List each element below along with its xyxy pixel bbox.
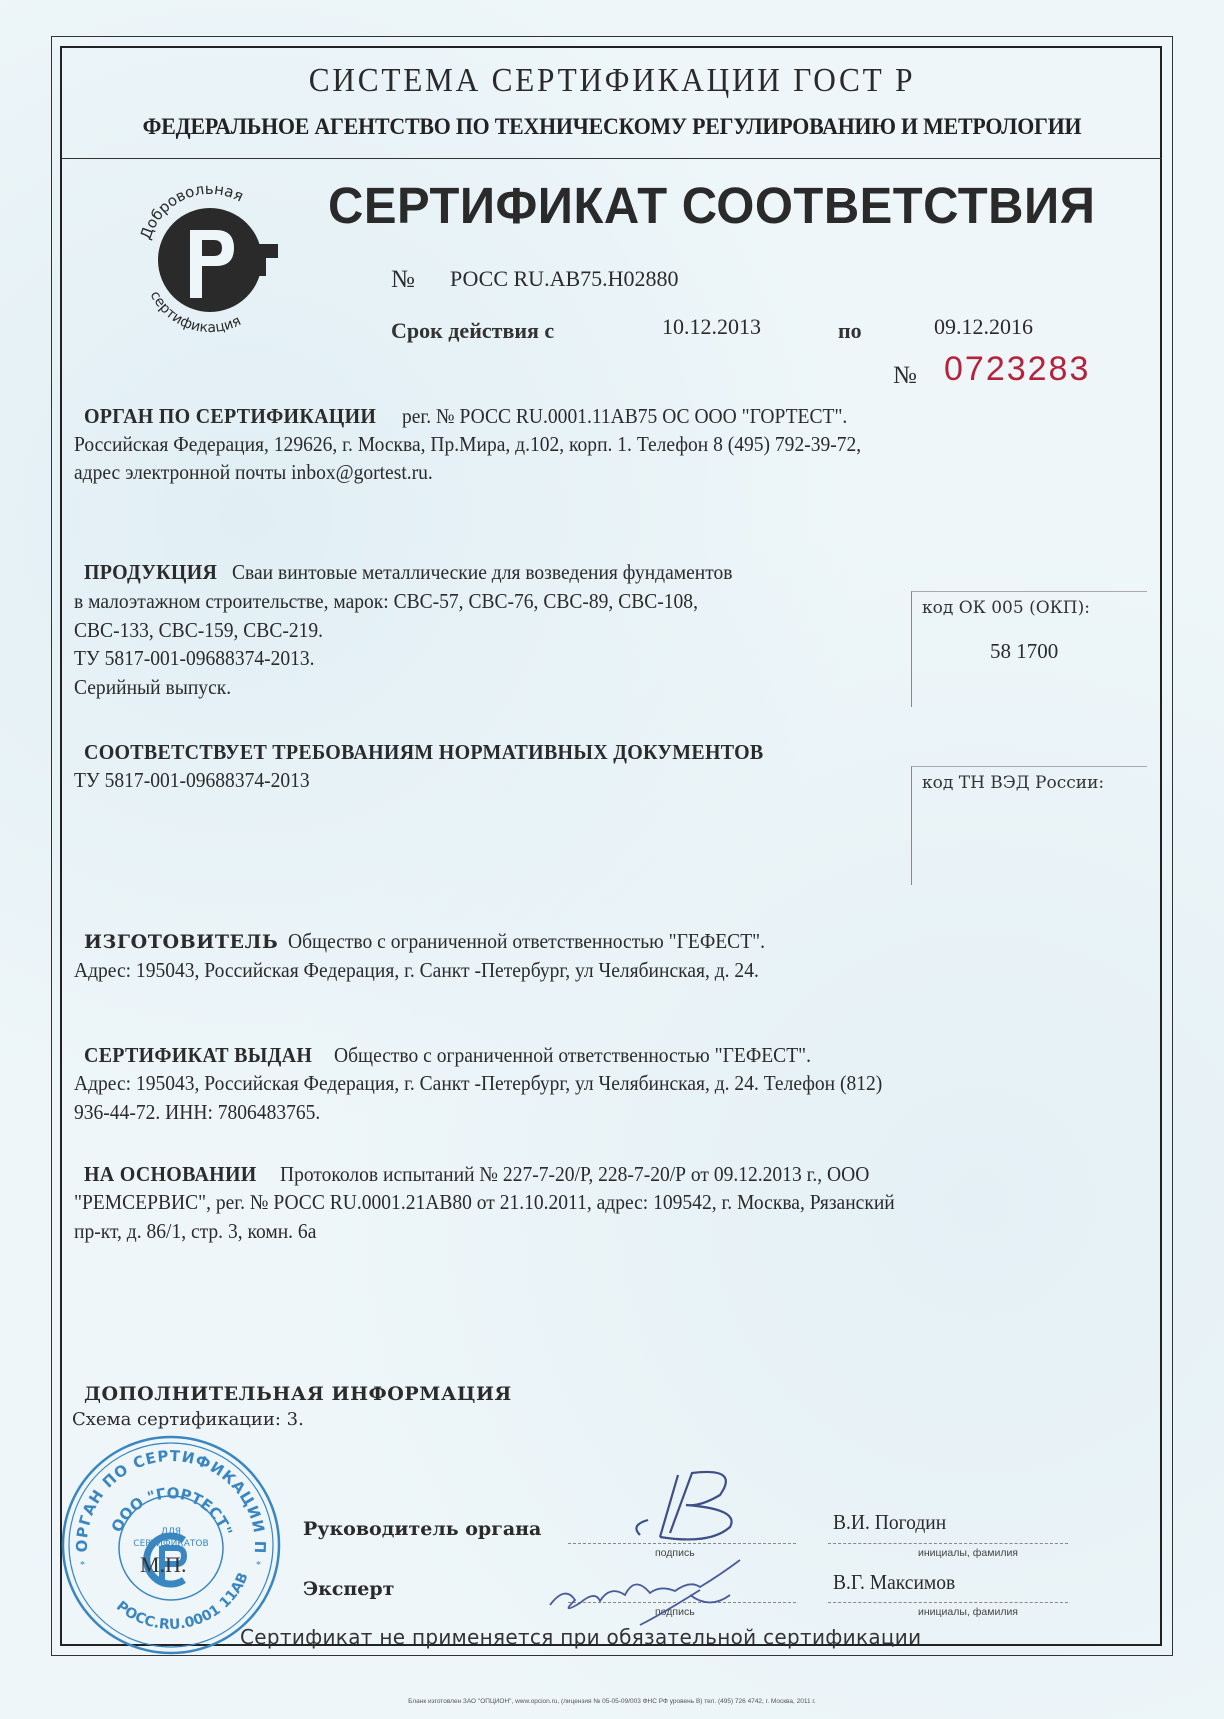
form-serial-number: 0723283 <box>944 350 1090 389</box>
compliance-document: ТУ 5817-001-09688374-2013 <box>74 768 310 793</box>
certification-body-reg: рег. № РОСС RU.0001.11АВ75 ОС ООО "ГОРТЕ… <box>402 404 847 429</box>
expert-name-hint: инициалы, фамилия <box>918 1606 1018 1618</box>
certification-scheme: Схема сертификации: 3. <box>72 1409 304 1430</box>
valid-to-date: 09.12.2016 <box>934 314 1033 340</box>
product-section: ПРОДУКЦИЯ Сваи винтовые металлические дл… <box>84 560 770 585</box>
product-line: Серийный выпуск. <box>74 675 231 700</box>
agency-name: ФЕДЕРАЛЬНОЕ АГЕНТСТВО ПО ТЕХНИЧЕСКОМУ РЕ… <box>43 114 1181 141</box>
certification-body-section: ОРГАН ПО СЕРТИФИКАЦИИ рег. № РОСС RU.000… <box>84 404 880 429</box>
expert-name-line <box>828 1602 1068 1603</box>
header-divider <box>60 158 1162 159</box>
issued-to-section: СЕРТИФИКАТ ВЫДАН Общество с ограниченной… <box>84 1043 847 1068</box>
svg-text:*: * <box>80 1560 85 1571</box>
issued-to-name: Общество с ограниченной ответственностью… <box>334 1043 811 1068</box>
svg-text:СЕРТИФИКАТОВ: СЕРТИФИКАТОВ <box>133 1539 208 1549</box>
manufacturer-heading: ИЗГОТОВИТЕЛЬ <box>84 931 278 953</box>
certification-body-email: адрес электронной почты inbox@gortest.ru… <box>74 460 433 485</box>
tnved-code-label: код ТН ВЭД России: <box>922 773 1104 793</box>
certificate-number: РОСС RU.АВ75.Н02880 <box>450 266 679 292</box>
basis-line: "РЕМСЕРВИС", рег. № РОСС RU.0001.21АВ80 … <box>74 1190 895 1215</box>
issued-to-address: Адрес: 195043, Российская Федерация, г. … <box>74 1071 882 1096</box>
footer-note: Сертификат не применяется при обязательн… <box>240 1625 921 1649</box>
product-heading: ПРОДУКЦИЯ <box>84 560 217 585</box>
number-label: № <box>391 266 415 294</box>
compliance-heading: СООТВЕТСТВУЕТ ТРЕБОВАНИЯМ НОРМАТИВНЫХ ДО… <box>84 740 764 765</box>
basis-line: пр-кт, д. 86/1, стр. 3, комн. 6а <box>74 1219 316 1244</box>
certificate-title: СЕРТИФИКАТ СООТВЕТСТВИЯ <box>328 176 1095 235</box>
issued-to-inn: 936-44-72. ИНН: 7806483765. <box>74 1100 320 1125</box>
issued-to-heading: СЕРТИФИКАТ ВЫДАН <box>84 1043 312 1068</box>
printer-imprint: Бланк изготовлен ЗАО "ОПЦИОН", www.opcio… <box>0 1698 1224 1705</box>
expert-name: В.Г. Максимов <box>833 1570 955 1595</box>
certification-body-address: Российская Федерация, 129626, г. Москва,… <box>74 432 861 457</box>
expert-label: Эксперт <box>303 1578 394 1600</box>
expert-signature-icon <box>540 1555 780 1635</box>
form-number-label: № <box>893 362 917 390</box>
product-line: ТУ 5817-001-09688374-2013. <box>74 646 315 671</box>
product-line: СВС-133, СВС-159, СВС-219. <box>74 618 323 643</box>
system-title: СИСТЕМА СЕРТИФИКАЦИИ ГОСТ Р <box>49 62 1175 100</box>
svg-text:М.П.: М.П. <box>140 1552 186 1577</box>
manufacturer-name: Общество с ограниченной ответственностью… <box>288 929 765 954</box>
okp-code-value: 58 1700 <box>990 639 1058 664</box>
basis-line: Протоколов испытаний № 227-7-20/Р, 228-7… <box>280 1162 869 1187</box>
head-signature-icon <box>600 1465 760 1555</box>
certification-body-heading: ОРГАН ПО СЕРТИФИКАЦИИ <box>84 404 376 429</box>
basis-heading: НА ОСНОВАНИИ <box>84 1162 257 1187</box>
svg-text:*: * <box>256 1560 261 1571</box>
additional-info-heading: ДОПОЛНИТЕЛЬНАЯ ИНФОРМАЦИЯ <box>84 1383 512 1405</box>
valid-to-label: по <box>838 318 862 344</box>
head-name-hint: инициалы, фамилия <box>918 1547 1018 1559</box>
validity-label: Срок действия с <box>391 318 554 344</box>
product-line: Сваи винтовые металлические для возведен… <box>232 560 733 585</box>
head-name-line <box>828 1543 1068 1544</box>
okp-code-label: код ОК 005 (ОКП): <box>922 598 1090 618</box>
svg-text:ДЛЯ: ДЛЯ <box>161 1527 181 1537</box>
basis-section: НА ОСНОВАНИИ Протоколов испытаний № 227-… <box>84 1162 913 1187</box>
rst-logo-icon: Добровольная сертификация <box>130 178 290 338</box>
valid-from-date: 10.12.2013 <box>662 314 761 340</box>
head-name: В.И. Погодин <box>833 1510 946 1535</box>
manufacturer-address: Адрес: 195043, Российская Федерация, г. … <box>74 958 759 983</box>
product-line: в малоэтажном строительстве, марок: СВС-… <box>74 589 698 614</box>
head-of-body-label: Руководитель органа <box>303 1518 541 1540</box>
manufacturer-section: ИЗГОТОВИТЕЛЬ Общество с ограниченной отв… <box>84 929 801 954</box>
